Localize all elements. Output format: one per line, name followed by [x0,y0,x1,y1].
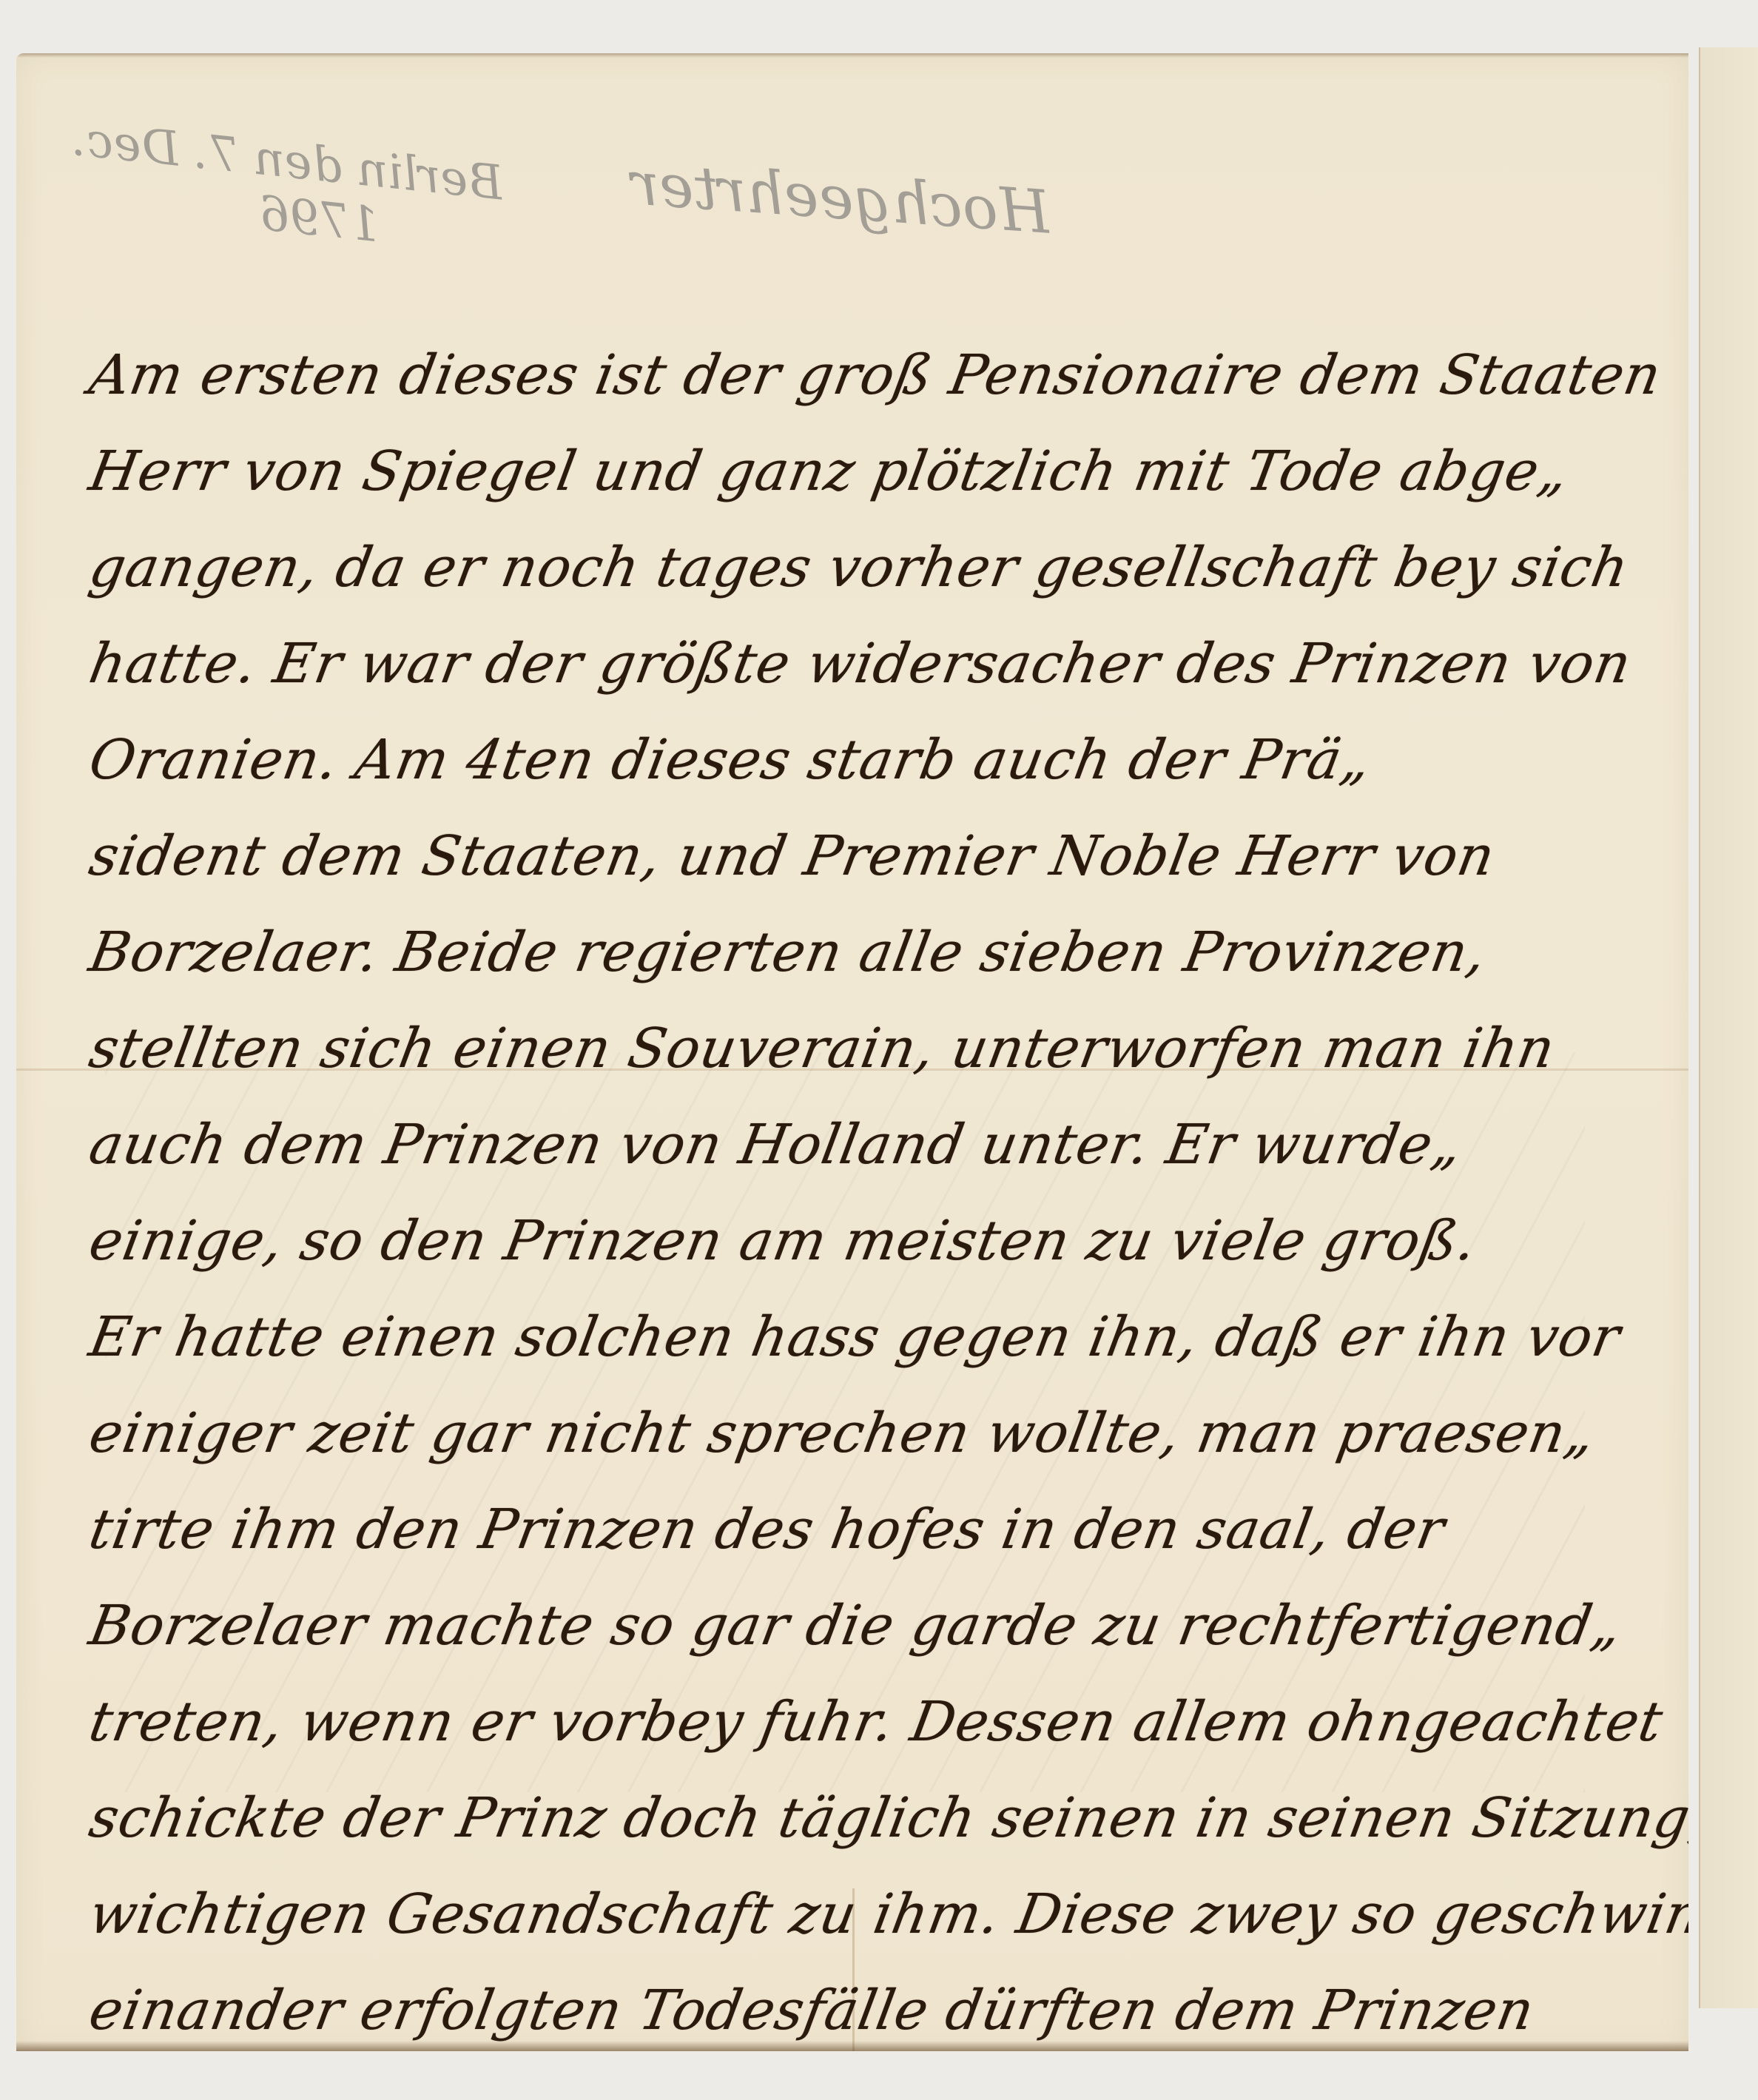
letter-line-7: Borzelaer. Beide regierten alle sieben P… [82,904,1675,1000]
letter-line-16: schickte der Prinz doch täglich seinen i… [82,1770,1675,1866]
letter-line-1: Am ersten dieses ist der groß Pensionair… [82,327,1675,423]
letter-line-3: gangen, da er noch tages vorher gesellsc… [82,519,1675,616]
letter-body: Am ersten dieses ist der groß Pensionair… [90,327,1666,2051]
letter-line-11: Er hatte einen solchen hass gegen ihn, d… [82,1289,1675,1385]
pencil-salutation-annotation: Hochgeehrter [628,149,1052,246]
letter-line-12: einiger zeit gar nicht sprechen wollte, … [82,1385,1675,1481]
letter-line-8: stellten sich einen Souverain, unterworf… [82,1000,1675,1097]
pencil-date-annotation: Berlin den 7. Dec. 1796 [64,112,505,266]
letter-line-2: Herr von Spiegel und ganz plötzlich mit … [82,423,1675,519]
letter-line-17: wichtigen Gesandschaft zu ihm. Diese zwe… [82,1866,1675,1962]
letter-line-6: sident dem Staaten, und Premier Noble He… [82,808,1675,904]
letter-line-14: Borzelaer machte so gar die garde zu rec… [82,1578,1675,1674]
document-scan: Berlin den 7. Dec. 1796 Hochgeehrter Am … [0,0,1758,2100]
letter-line-9: auch dem Prinzen von Holland unter. Er w… [82,1097,1675,1193]
letter-line-10: einige, so den Prinzen am meisten zu vie… [82,1193,1675,1289]
letter-line-5: Oranien. Am 4ten dieses starb auch der P… [82,712,1675,808]
letter-line-18: einander erfolgten Todesfälle dürften de… [82,1962,1675,2051]
adjacent-page-edge [1699,47,1758,2008]
paper-top-edge [16,53,1688,58]
letter-line-4: hatte. Er war der größte widersacher des… [82,616,1675,712]
letter-sheet: Berlin den 7. Dec. 1796 Hochgeehrter Am … [16,53,1688,2051]
letter-line-15: treten, wenn er vorbey fuhr. Dessen alle… [82,1674,1675,1770]
letter-line-13: tirte ihm den Prinzen des hofes in den s… [82,1481,1675,1578]
